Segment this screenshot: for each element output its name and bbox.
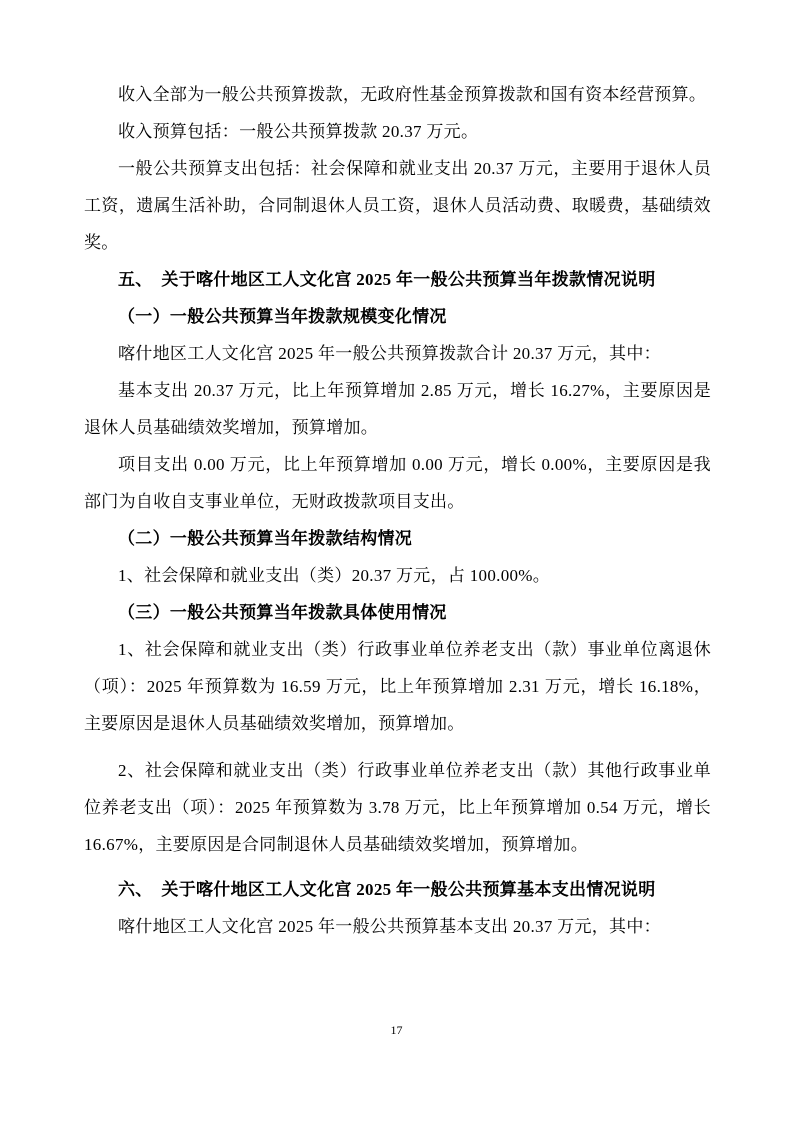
para-structure-item-1: 1、社会保障和就业支出（类）20.37 万元，占 100.00%。 <box>84 557 711 594</box>
para-usage-item-1: 1、社会保障和就业支出（类）行政事业单位养老支出（款）事业单位离退休（项）：20… <box>84 631 711 742</box>
para-allocation-total: 喀什地区工人文化宫 2025 年一般公共预算拨款合计 20.37 万元，其中： <box>84 335 711 372</box>
document-body: 收入全部为一般公共预算拨款，无政府性基金预算拨款和国有资本经营预算。 收入预算包… <box>84 76 711 945</box>
heading-section-five: 五、 关于喀什地区工人文化宫 2025 年一般公共预算当年拨款情况说明 <box>84 261 711 298</box>
para-usage-item-2: 2、社会保障和就业支出（类）行政事业单位养老支出（款）其他行政事业单位养老支出（… <box>84 752 711 863</box>
heading-section-six: 六、 关于喀什地区工人文化宫 2025 年一般公共预算基本支出情况说明 <box>84 871 711 908</box>
para-income-source: 收入全部为一般公共预算拨款，无政府性基金预算拨款和国有资本经营预算。 <box>84 76 711 113</box>
para-budget-expenditure: 一般公共预算支出包括：社会保障和就业支出 20.37 万元，主要用于退休人员工资… <box>84 150 711 261</box>
heading-sub-three-usage: （三）一般公共预算当年拨款具体使用情况 <box>84 594 711 631</box>
para-project-expenditure: 项目支出 0.00 万元，比上年预算增加 0.00 万元，增长 0.00%，主要… <box>84 446 711 520</box>
para-income-budget: 收入预算包括：一般公共预算拨款 20.37 万元。 <box>84 113 711 150</box>
heading-sub-one-scale-change: （一）一般公共预算当年拨款规模变化情况 <box>84 298 711 335</box>
para-basic-expenditure: 基本支出 20.37 万元，比上年预算增加 2.85 万元，增长 16.27%，… <box>84 372 711 446</box>
page-number: 17 <box>0 1022 793 1038</box>
para-basic-expenditure-total: 喀什地区工人文化宫 2025 年一般公共预算基本支出 20.37 万元，其中： <box>84 908 711 945</box>
heading-sub-two-structure: （二）一般公共预算当年拨款结构情况 <box>84 520 711 557</box>
document-page: 收入全部为一般公共预算拨款，无政府性基金预算拨款和国有资本经营预算。 收入预算包… <box>0 0 793 1122</box>
